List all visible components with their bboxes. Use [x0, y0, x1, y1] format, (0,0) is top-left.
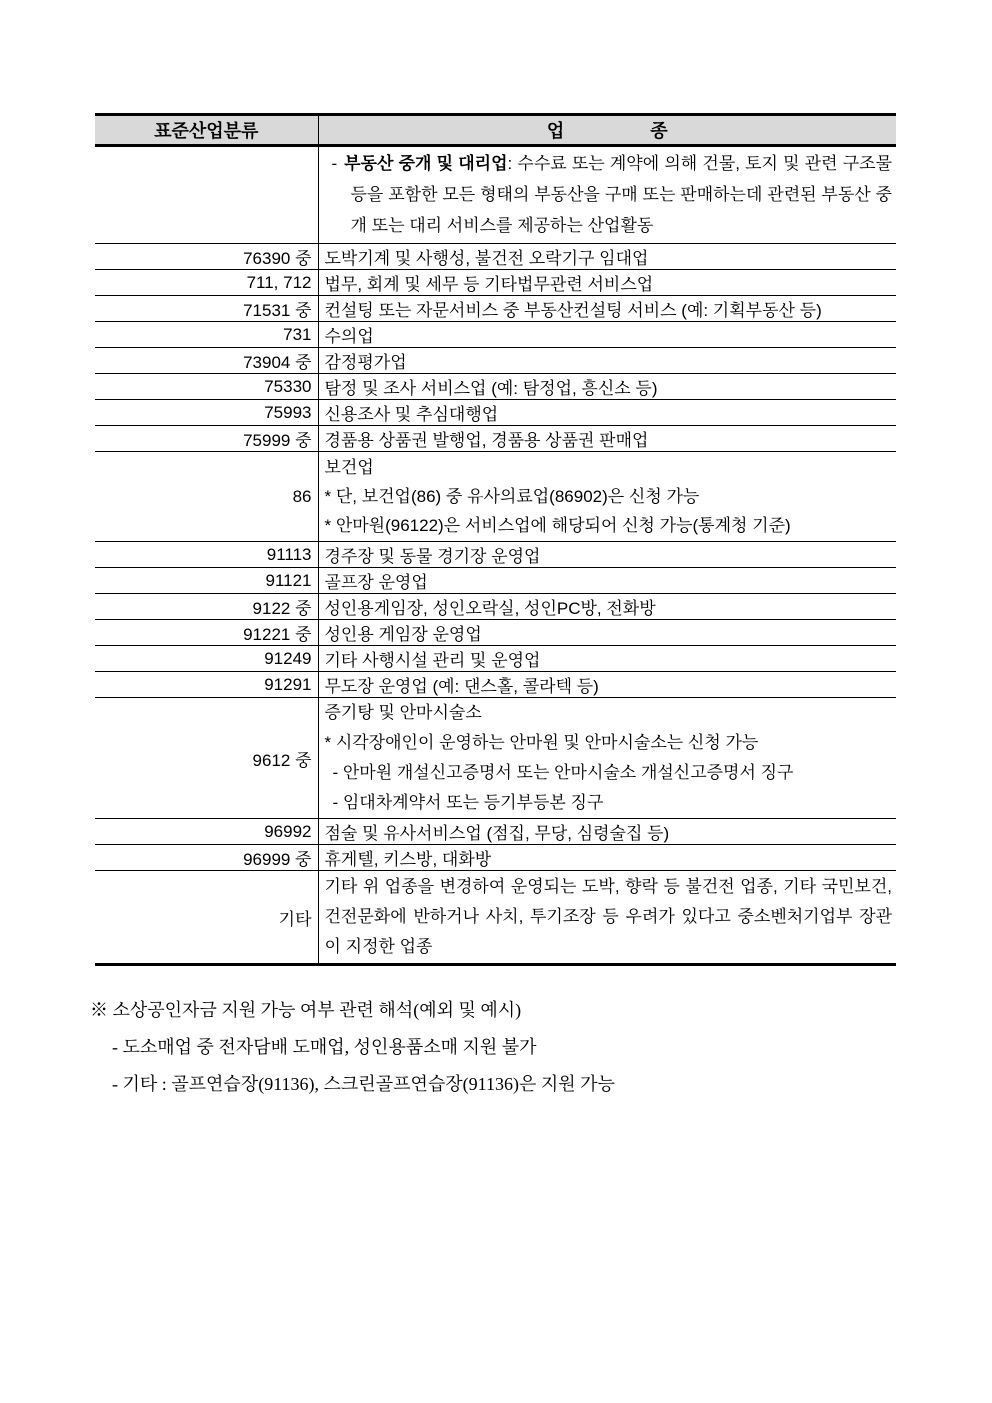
table-row: 71531 중 컨설팅 또는 자문서비스 중 부동산컨설팅 서비스 (예: 기획… — [95, 296, 896, 322]
business-type: -부동산 중개 및 대리업: 수수료 또는 계약에 의해 건물, 토지 및 관련… — [318, 146, 896, 244]
business-type: 점술 및 유사서비스업 (점집, 무당, 심령술집 등) — [318, 819, 896, 845]
industry-code: 91249 — [95, 646, 318, 672]
industry-code: 86 — [95, 452, 318, 542]
table-row: 91113 경주장 및 동물 경기장 운영업 — [95, 542, 896, 568]
footnotes-section: ※ 소상공인자금 지원 가능 여부 관련 해석(예외 및 예시) - 도소매업 … — [90, 1000, 870, 1111]
industry-code: 기타 — [95, 871, 318, 965]
industry-code: 75993 — [95, 400, 318, 426]
table-row: 91221 중 성인용 게임장 운영업 — [95, 620, 896, 646]
table-row: 75999 중 경품용 상품권 발행업, 경품용 상품권 판매업 — [95, 426, 896, 452]
table-row: 9612 중 증기탕 및 안마시술소 * 시각장애인이 운영하는 안마원 및 안… — [95, 698, 896, 819]
footnote-item: - 도소매업 중 전자담배 도매업, 성인용품소매 지원 불가 — [90, 1037, 870, 1058]
industry-code: 75999 중 — [95, 426, 318, 452]
business-type-line: * 시각장애인이 운영하는 안마원 및 안마시술소는 신청 가능 — [325, 728, 893, 758]
business-type-line: 증기탕 및 안마시술소 — [325, 698, 893, 728]
table-row: 75330 탐정 및 조사 서비스업 (예: 탐정업, 흥신소 등) — [95, 374, 896, 400]
industry-code: 71531 중 — [95, 296, 318, 322]
industry-code: 9612 중 — [95, 698, 318, 819]
business-type: 기타 위 업종을 변경하여 운영되는 도박, 향락 등 불건전 업종, 기타 국… — [318, 871, 896, 965]
industry-code — [95, 146, 318, 244]
header-business-type-part2: 종 — [650, 117, 667, 143]
industry-code: 711, 712 — [95, 270, 318, 296]
business-type: 기타 사행시설 관리 및 운영업 — [318, 646, 896, 672]
industry-code: 91113 — [95, 542, 318, 568]
business-type: 법무, 회계 및 세무 등 기타법무관련 서비스업 — [318, 270, 896, 296]
industry-code: 75330 — [95, 374, 318, 400]
business-type: 경주장 및 동물 경기장 운영업 — [318, 542, 896, 568]
business-type: 성인용게임장, 성인오락실, 성인PC방, 전화방 — [318, 594, 896, 620]
business-type: 수의업 — [318, 322, 896, 348]
industry-code: 91121 — [95, 568, 318, 594]
business-type: 보건업 * 단, 보건업(86) 중 유사의료업(86902)은 신청 가능 *… — [318, 452, 896, 542]
table-row: 86 보건업 * 단, 보건업(86) 중 유사의료업(86902)은 신청 가… — [95, 452, 896, 542]
table-row: 96992 점술 및 유사서비스업 (점집, 무당, 심령술집 등) — [95, 819, 896, 845]
business-type-line: * 단, 보건업(86) 중 유사의료업(86902)은 신청 가능 — [325, 482, 893, 511]
table-row: 91291 무도장 운영업 (예: 댄스홀, 콜라텍 등) — [95, 672, 896, 698]
header-business-type-part1: 업 — [547, 117, 564, 143]
industry-code: 9122 중 — [95, 594, 318, 620]
table-row: 91249 기타 사행시설 관리 및 운영업 — [95, 646, 896, 672]
business-type-lines: 보건업 * 단, 보건업(86) 중 유사의료업(86902)은 신청 가능 *… — [325, 452, 893, 541]
table-row: 96999 중 휴게텔, 키스방, 대화방 — [95, 845, 896, 871]
business-type: 감정평가업 — [318, 348, 896, 374]
business-type-subline: - 임대차계약서 또는 등기부등본 징구 — [325, 788, 893, 818]
business-type: 컨설팅 또는 자문서비스 중 부동산컨설팅 서비스 (예: 기획부동산 등) — [318, 296, 896, 322]
industry-code: 96999 중 — [95, 845, 318, 871]
table-row: 73904 중 감정평가업 — [95, 348, 896, 374]
table-row: 9122 중 성인용게임장, 성인오락실, 성인PC방, 전화방 — [95, 594, 896, 620]
industry-code: 76390 중 — [95, 244, 318, 270]
business-type: 도박기계 및 사행성, 불건전 오락기구 임대업 — [318, 244, 896, 270]
table-header-row: 표준산업분류 업 종 — [95, 115, 896, 146]
business-type: 휴게텔, 키스방, 대화방 — [318, 845, 896, 871]
table-row: -부동산 중개 및 대리업: 수수료 또는 계약에 의해 건물, 토지 및 관련… — [95, 146, 896, 244]
footnote-item: - 기타 : 골프연습장(91136), 스크린골프연습장(91136)은 지원… — [90, 1074, 870, 1095]
table-row: 76390 중 도박기계 및 사행성, 불건전 오락기구 임대업 — [95, 244, 896, 270]
business-type-paragraph: 기타 위 업종을 변경하여 운영되는 도박, 향락 등 불건전 업종, 기타 국… — [325, 871, 893, 963]
business-type: 골프장 운영업 — [318, 568, 896, 594]
business-type-line: 보건업 — [325, 453, 893, 482]
header-business-type-column: 업 종 — [318, 115, 896, 146]
business-type-subline: - 안마원 개설신고증명서 또는 안마시술소 개설신고증명서 징구 — [325, 758, 893, 788]
table-row: 91121 골프장 운영업 — [95, 568, 896, 594]
business-type: 탐정 및 조사 서비스업 (예: 탐정업, 흥신소 등) — [318, 374, 896, 400]
industry-code: 91221 중 — [95, 620, 318, 646]
business-type-line: * 안마원(96122)은 서비스업에 해당되어 신청 가능(통계청 기준) — [325, 511, 893, 540]
table-row: 711, 712 법무, 회계 및 세무 등 기타법무관련 서비스업 — [95, 270, 896, 296]
industry-code: 731 — [95, 322, 318, 348]
table-row: 731 수의업 — [95, 322, 896, 348]
header-industry-code-column: 표준산업분류 — [95, 115, 318, 146]
footnote-title: ※ 소상공인자금 지원 가능 여부 관련 해석(예외 및 예시) — [90, 1000, 870, 1021]
business-type-bold-term: 부동산 중개 및 대리업 — [344, 154, 507, 173]
industry-code: 91291 — [95, 672, 318, 698]
business-type-lines: 증기탕 및 안마시술소 * 시각장애인이 운영하는 안마원 및 안마시술소는 신… — [325, 698, 893, 818]
business-type: 무도장 운영업 (예: 댄스홀, 콜라텍 등) — [318, 672, 896, 698]
table-row: 기타 기타 위 업종을 변경하여 운영되는 도박, 향락 등 불건전 업종, 기… — [95, 871, 896, 965]
business-type-paragraph: -부동산 중개 및 대리업: 수수료 또는 계약에 의해 건물, 토지 및 관련… — [332, 148, 893, 241]
business-type: 증기탕 및 안마시술소 * 시각장애인이 운영하는 안마원 및 안마시술소는 신… — [318, 698, 896, 819]
business-type: 성인용 게임장 운영업 — [318, 620, 896, 646]
table-row: 75993 신용조사 및 추심대행업 — [95, 400, 896, 426]
industry-code: 73904 중 — [95, 348, 318, 374]
business-type: 신용조사 및 추심대행업 — [318, 400, 896, 426]
industry-code: 96992 — [95, 819, 318, 845]
dash-prefix: - — [332, 154, 338, 173]
industry-classification-table: 표준산업분류 업 종 -부동산 중개 및 대리업: 수수료 또는 계약에 의해 … — [95, 113, 896, 966]
business-type: 경품용 상품권 발행업, 경품용 상품권 판매업 — [318, 426, 896, 452]
